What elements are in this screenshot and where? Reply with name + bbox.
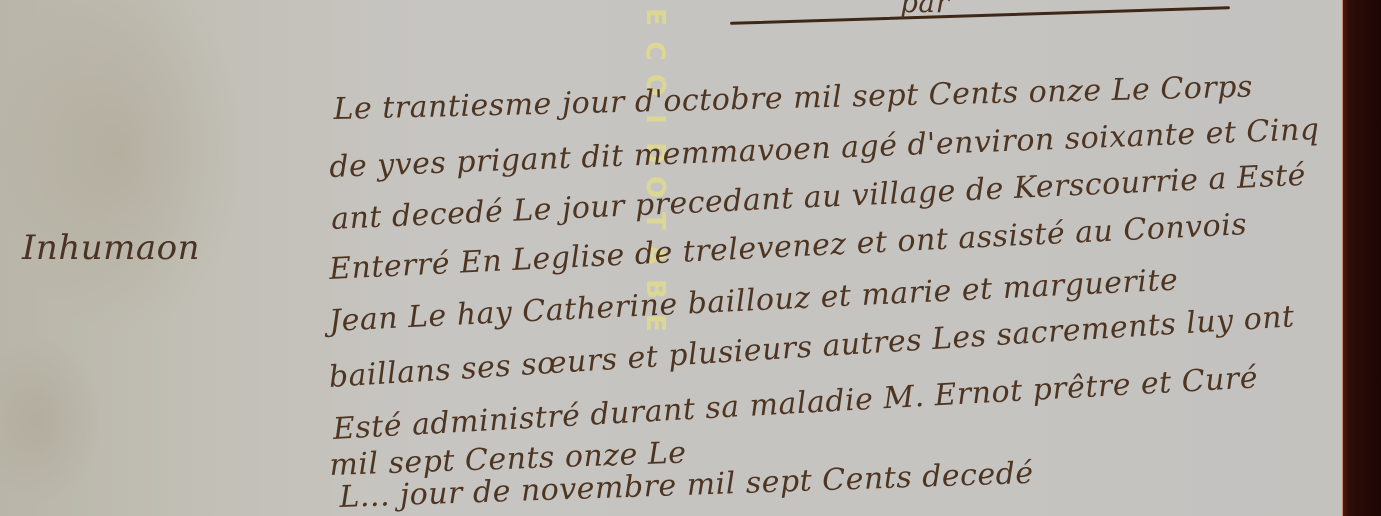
binding-edge xyxy=(1342,0,1381,516)
margin-note: Inhumaon xyxy=(22,228,200,268)
text-line-1: Le trantiesme jour d'octobre mil sept Ce… xyxy=(333,70,1253,127)
register-page: E C O I D O T A B E par Inhumaon Le tran… xyxy=(0,0,1381,516)
top-text-fragment: par xyxy=(900,0,950,19)
top-flourish-stroke xyxy=(730,6,1230,25)
